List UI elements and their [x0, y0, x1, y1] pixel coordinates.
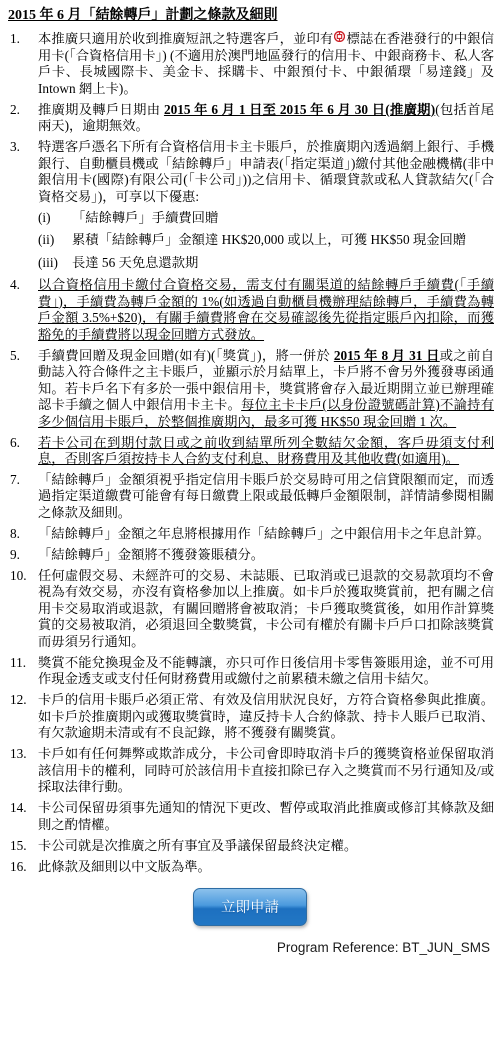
term-item: 10.任何虛假交易、未經許可的交易、未誌賬、已取消或已退款的交易款項均不會視為有… — [10, 568, 494, 650]
term-item: 6.若卡公司在到期付款日或之前收到結單所列全數結欠金額，客戶毋須支付利息，否則客… — [10, 435, 494, 468]
term-text: 卡公司就是次推廣之所有事宜及爭議保留最終決定權。 — [38, 838, 494, 854]
term-number: (i) — [38, 210, 72, 226]
term-item: 9.「結餘轉戶」金額將不獲發簽賬積分。 — [10, 547, 494, 563]
term-number: 6. — [10, 435, 38, 468]
apply-now-button[interactable]: 立即申請 — [193, 888, 307, 926]
term-number: 15. — [10, 838, 38, 854]
term-text: 長達 56 天免息還款期 — [72, 255, 494, 271]
term-text: 推廣期及轉戶日期由 2015 年 6 月 1 日至 2015 年 6 月 30 … — [38, 102, 494, 135]
term-text: 獎賞不能兌換現金及不能轉讓，亦只可作日後信用卡零售簽賬用途，並不可用作現金透支或… — [38, 655, 494, 688]
term-text: 「結餘轉戶」金額之年息將根據用作「結餘轉戶」之中銀信用卡之年息計算。 — [38, 526, 494, 542]
term-number: 8. — [10, 526, 38, 542]
terms-list: 1.本推廣只適用於收到推廣短訊之特選客戶，並印有標誌在香港發行的中銀信用卡(「合… — [0, 31, 500, 875]
term-text-segment: 卡戶的信用卡賬戶必須正常、有效及信用狀況良好，方符合資格參與此推廣。如卡戶於推廣… — [38, 692, 494, 740]
term-item: 2.推廣期及轉戶日期由 2015 年 6 月 1 日至 2015 年 6 月 3… — [10, 102, 494, 135]
term-text-segment: 卡公司就是次推廣之所有事宜及爭議保留最終決定權。 — [38, 838, 357, 853]
term-text-segment: 本推廣只適用於收到推廣短訊之特選客戶，並印有 — [38, 31, 333, 46]
term-number: (iii) — [38, 255, 72, 271]
term-number: 13. — [10, 746, 38, 795]
term-item: 13.卡戶如有任何舞弊或欺詐成分，卡公司會即時取消卡戶的獲獎資格並保留取消該信用… — [10, 746, 494, 795]
term-number: 2. — [10, 102, 38, 135]
term-text: 本推廣只適用於收到推廣短訊之特選客戶，並印有標誌在香港發行的中銀信用卡(「合資格… — [38, 31, 494, 97]
term-text: 卡公司保留毋須事先通知的情況下更改、暫停或取消此推廣或修訂其條款及細則之酌情權。 — [38, 800, 494, 833]
term-text-segment: 以合資格信用卡繳付合資格交易，需支付有關渠道的結餘轉戶手續費(「手續費」)，手續… — [38, 277, 494, 341]
term-text-segment: 「結餘轉戶」手續費回贈 — [72, 210, 218, 225]
term-item: 14.卡公司保留毋須事先通知的情況下更改、暫停或取消此推廣或修訂其條款及細則之酌… — [10, 800, 494, 833]
term-text-segment: 手續費回贈及現金回贈(如有)(「獎賞」)，將一併於 — [38, 348, 334, 363]
term-text: 卡戶如有任何舞弊或欺詐成分，卡公司會即時取消卡戶的獲獎資格並保留取消該信用卡的權… — [38, 746, 494, 795]
term-text-segment: 卡戶如有任何舞弊或欺詐成分，卡公司會即時取消卡戶的獲獎資格並保留取消該信用卡的權… — [38, 746, 494, 794]
term-subitem: (ii)累積「結餘轉戶」金額達 HK$20,000 或以上，可獲 HK$50 現… — [38, 232, 494, 248]
term-text: 以合資格信用卡繳付合資格交易，需支付有關渠道的結餘轉戶手續費(「手續費」)，手續… — [38, 277, 494, 343]
term-item: 8.「結餘轉戶」金額之年息將根據用作「結餘轉戶」之中銀信用卡之年息計算。 — [10, 526, 494, 542]
term-item: 3.特選客戶憑名下所有合資格信用卡主卡賬戶，於推廣期內透過網上銀行、手機銀行、自… — [10, 139, 494, 205]
term-text-segment: 「結餘轉戶」金額之年息將根據用作「結餘轉戶」之中銀信用卡之年息計算。 — [38, 526, 490, 541]
term-item: 7.「結餘轉戶」金額須視乎指定信用卡賬戶於交易時可用之信貸限額而定，而透過指定渠… — [10, 472, 494, 521]
term-number: 16. — [10, 859, 38, 875]
term-item: 12.卡戶的信用卡賬戶必須正常、有效及信用狀況良好，方符合資格參與此推廣。如卡戶… — [10, 692, 494, 741]
term-item: 16.此條款及細則以中文版為準。 — [10, 859, 494, 875]
term-text-segment: 累積「結餘轉戶」金額達 HK$20,000 或以上，可獲 HK$50 現金回贈 — [72, 232, 466, 247]
term-text: 特選客戶憑名下所有合資格信用卡主卡賬戶，於推廣期內透過網上銀行、手機銀行、自動櫃… — [38, 139, 494, 205]
term-text: 任何虛假交易、未經許可的交易、未誌賬、已取消或已退款的交易款項均不會視為有效交易… — [38, 568, 494, 650]
term-text: 「結餘轉戶」手續費回贈 — [72, 210, 494, 226]
term-item: 15.卡公司就是次推廣之所有事宜及爭議保留最終決定權。 — [10, 838, 494, 854]
term-text-segment: 若卡公司在到期付款日或之前收到結單所列全數結欠金額，客戶毋須支付利息，否則客戶須… — [38, 435, 494, 466]
term-text: 卡戶的信用卡賬戶必須正常、有效及信用狀況良好，方符合資格參與此推廣。如卡戶於推廣… — [38, 692, 494, 741]
program-reference: Program Reference: BT_JUN_SMS — [0, 940, 490, 957]
term-text-segment: 推廣期及轉戶日期由 — [38, 102, 164, 117]
term-number: 3. — [10, 139, 38, 205]
term-item: 1.本推廣只適用於收到推廣短訊之特選客戶，並印有標誌在香港發行的中銀信用卡(「合… — [10, 31, 494, 97]
term-text: 累積「結餘轉戶」金額達 HK$20,000 或以上，可獲 HK$50 現金回贈 — [72, 232, 494, 248]
term-number: 14. — [10, 800, 38, 833]
term-text-segment: 2015 年 8 月 31 日 — [334, 348, 440, 363]
term-subitem: (iii)長達 56 天免息還款期 — [38, 255, 494, 271]
term-number: 12. — [10, 692, 38, 741]
term-item: 5.手續費回贈及現金回贈(如有)(「獎賞」)，將一併於 2015 年 8 月 3… — [10, 348, 494, 430]
term-text: 若卡公司在到期付款日或之前收到結單所列全數結欠金額，客戶毋須支付利息，否則客戶須… — [38, 435, 494, 468]
term-number: 1. — [10, 31, 38, 97]
term-text: 手續費回贈及現金回贈(如有)(「獎賞」)，將一併於 2015 年 8 月 31 … — [38, 348, 494, 430]
term-text-segment: 2015 年 6 月 1 日至 2015 年 6 月 30 日(推廣期) — [164, 102, 435, 117]
term-text-segment: 卡公司保留毋須事先通知的情況下更改、暫停或取消此推廣或修訂其條款及細則之酌情權。 — [38, 800, 494, 831]
term-item: 4.以合資格信用卡繳付合資格交易，需支付有關渠道的結餘轉戶手續費(「手續費」)，… — [10, 277, 494, 343]
term-subitem: (i)「結餘轉戶」手續費回贈 — [38, 210, 494, 226]
term-text-segment: 此條款及細則以中文版為準。 — [38, 859, 211, 874]
page-title: 2015 年 6 月「結餘轉戶」計劃之條款及細則 — [8, 7, 492, 24]
term-text-segment: 獎賞不能兌換現金及不能轉讓，亦只可作日後信用卡零售簽賬用途，並不可用作現金透支或… — [38, 655, 494, 686]
term-text: 此條款及細則以中文版為準。 — [38, 859, 494, 875]
term-number: 10. — [10, 568, 38, 650]
term-item: 11.獎賞不能兌換現金及不能轉讓，亦只可作日後信用卡零售簽賬用途，並不可用作現金… — [10, 655, 494, 688]
term-text-segment: 「結餘轉戶」金額須視乎指定信用卡賬戶於交易時可用之信貸限額而定，而透過指定渠道繳… — [38, 472, 494, 520]
term-text: 「結餘轉戶」金額須視乎指定信用卡賬戶於交易時可用之信貸限額而定，而透過指定渠道繳… — [38, 472, 494, 521]
term-number: 11. — [10, 655, 38, 688]
term-number: 4. — [10, 277, 38, 343]
term-number: 5. — [10, 348, 38, 430]
term-text-segment: 任何虛假交易、未經許可的交易、未誌賬、已取消或已退款的交易款項均不會視為有效交易… — [38, 568, 494, 649]
term-text: 「結餘轉戶」金額將不獲發簽賬積分。 — [38, 547, 494, 563]
term-number: (ii) — [38, 232, 72, 248]
term-text-segment: 「結餘轉戶」金額將不獲發簽賬積分。 — [38, 547, 264, 562]
apply-button-row: 立即申請 — [0, 888, 500, 926]
term-number: 7. — [10, 472, 38, 521]
term-text-segment: 特選客戶憑名下所有合資格信用卡主卡賬戶，於推廣期內透過網上銀行、手機銀行、自動櫃… — [38, 139, 494, 203]
term-text-segment: 長達 56 天免息還款期 — [72, 255, 198, 270]
term-number: 9. — [10, 547, 38, 563]
boc-red-coin-logo-icon — [334, 31, 345, 42]
